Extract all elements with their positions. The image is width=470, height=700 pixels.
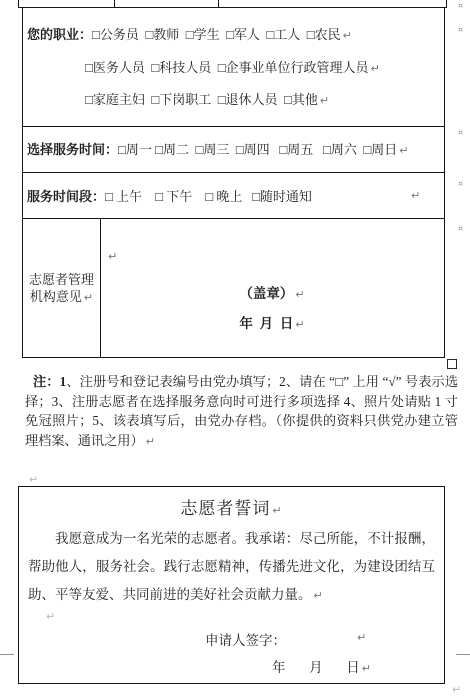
registration-table: 您的职业：□公务员 □教师 □学生 □军人 □工人 □农民↵ □医务人员 □科技… [22,7,445,358]
occupation-options-line1: □公务员 □教师 □学生 □军人 □工人 □农民 [92,27,341,42]
applicant-signature-line: 申请人签字： [205,629,286,649]
document-page: ¤ 您的职业：□公务员 □教师 □学生 □军人 □工人 □农民↵ □医务人员 □… [0,0,470,700]
pledge-date-placeholder: 年 月 日↵ [272,656,371,676]
org-opinion-content-cell: ↵ （盖章）↵ 年 月 日↵ [100,218,444,357]
return-mark-icon: ↵ [320,94,329,107]
return-mark-icon: ↵ [411,190,420,201]
service-period-options: □ 上午 □ 下午 □ 晚上 □随时通知 [105,189,312,204]
service-time-label: 选择服务时间： [27,142,118,157]
cell-end-mark-icon: ¤ [458,225,463,233]
return-mark-icon: ↵ [362,662,371,675]
notes-paragraph: 注：1、注册号和登记表编号由党办填写；2、请在 “□” 上用 “√” 号表示选择… [25,372,458,451]
return-mark-icon: ↵ [46,611,55,622]
row-border [23,126,444,127]
cell-end-mark-icon: ¤ [458,26,463,34]
return-mark-icon: ↵ [314,589,323,602]
service-time-row: 选择服务时间：□周一 □周二 □周三 □周四 □周五 □周六 □周日↵ [27,142,408,157]
margin-boundary-mark [0,654,14,655]
return-mark-icon: ↵ [399,144,408,157]
row-border [23,172,444,173]
return-mark-icon: ↵ [452,684,461,695]
cell-end-mark-icon: ¤ [458,2,463,10]
applicant-signature-label: 申请人签字： [205,633,286,648]
cell-divider [114,0,115,7]
pledge-box: 志愿者誓词↵ 我愿意成为一名光荣的志愿者。我承诺：尽己所能，不计报酬，帮助他人，… [18,486,445,684]
pledge-body: 我愿意成为一名光荣的志愿者。我承诺：尽己所能，不计报酬，帮助他人，服务社会。践行… [28,525,435,609]
occupation-row-line3: □家庭主妇 □下岗职工 □退休人员 □其他↵ [85,92,329,107]
notes-body: 、注册号和登记表编号由党办填写；2、请在 “□” 上用 “√” 号表示选择；3、… [25,374,458,448]
org-date-placeholder: 年 月 日↵ [100,312,444,332]
org-opinion-title-line2: 机构意见↵ [30,288,93,305]
return-mark-icon: ↵ [84,291,93,304]
occupation-row-line1: 您的职业：□公务员 □教师 □学生 □军人 □工人 □农民↵ [27,27,352,42]
service-time-options: □周一 □周二 □周三 □周四 □周五 □周六 □周日 [118,142,397,157]
table-resize-handle-icon [447,359,457,369]
service-period-row: 服务时间段：□ 上午 □ 下午 □ 晚上 □随时通知 [27,189,312,204]
cell-end-mark-icon: ¤ [458,180,463,188]
return-mark-icon: ↵ [272,504,282,517]
return-mark-icon: ↵ [343,29,352,42]
occupation-options-line3: □家庭主妇 □下岗职工 □退休人员 □其他 [85,92,318,107]
cell-divider [218,0,219,7]
notes-bold-prefix: 注：1 [33,374,66,389]
return-mark-icon: ↵ [371,62,380,75]
service-period-label: 服务时间段： [27,189,105,204]
pledge-title: 志愿者誓词↵ [19,494,444,519]
occupation-row-line2: □医务人员 □科技人员 □企事业单位行政管理人员↵ [85,60,380,75]
org-opinion-title-line1: 志愿者管理 [29,271,94,288]
return-mark-icon: ↵ [29,474,38,485]
return-mark-icon: ↵ [295,318,304,331]
cell-end-mark-icon: ¤ [458,129,463,137]
org-opinion-header-cell: 志愿者管理 机构意见↵ [23,218,100,357]
return-mark-icon: ↵ [108,251,117,262]
return-mark-icon: ↵ [295,288,304,301]
occupation-label: 您的职业： [27,27,92,42]
margin-boundary-mark [456,654,470,655]
occupation-options-line2: □医务人员 □科技人员 □企事业单位行政管理人员 [85,60,369,75]
seal-placeholder: （盖章）↵ [100,282,444,302]
return-mark-icon: ↵ [357,632,366,643]
return-mark-icon: ↵ [146,435,155,448]
